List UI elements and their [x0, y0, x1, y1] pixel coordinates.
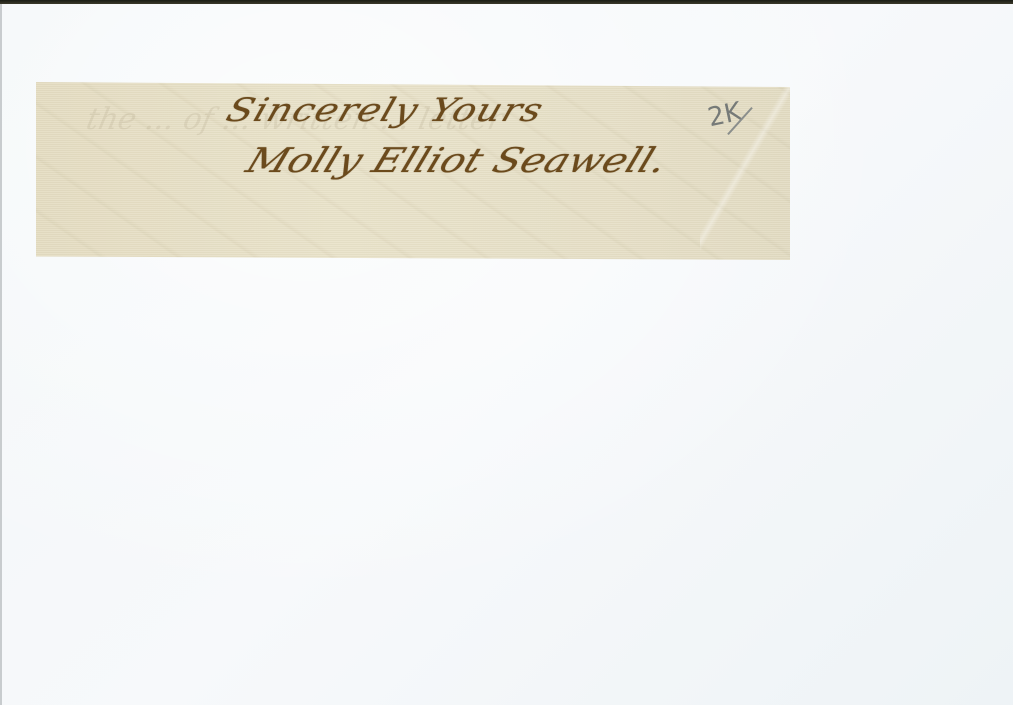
- signature: Molly Elliot Seawell.: [241, 141, 673, 180]
- closing-text: Sincerely Yours: [222, 91, 549, 128]
